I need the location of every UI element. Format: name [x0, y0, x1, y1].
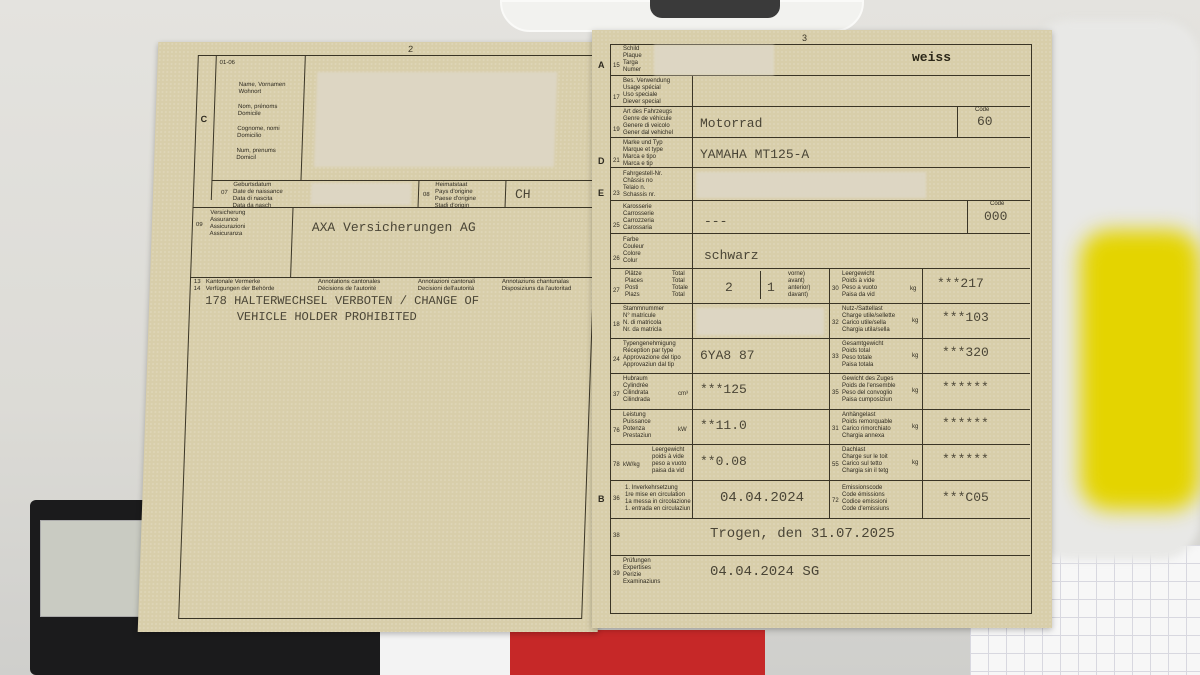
field-32-number: 32	[832, 320, 839, 326]
make-type-label: Marke und Typ Marque et type Marca e tip…	[623, 140, 663, 168]
make-type-value: YAMAHA MT125-A	[700, 147, 809, 162]
cantonal-notes-line-1: 178 HALTERWECHSEL VERBOTEN / CHANGE OF	[205, 294, 479, 308]
page-number: 2	[408, 44, 413, 54]
payload-unit: kg	[912, 318, 918, 324]
master-number-redacted	[696, 308, 824, 335]
chassis-label: Fahrgestell-Nr. Châssis no Telaio n. Sch…	[623, 171, 662, 199]
holder-name-label-fr: Nom, prénoms Domicile	[238, 104, 278, 118]
divider	[610, 518, 1030, 519]
divider	[922, 268, 923, 518]
background-device-slot	[650, 0, 780, 18]
section-d-marker: D	[598, 156, 605, 166]
chassis-redacted	[696, 172, 926, 198]
field-78-number: 78	[613, 462, 620, 468]
field-01-06-number: 01-06	[219, 60, 235, 67]
field-08-number: 08	[423, 192, 430, 198]
combination-weight-unit: kg	[912, 388, 918, 394]
holder-name-label-it: Cognome, nomi Domicilio	[237, 126, 280, 140]
field-15-number: 15	[613, 63, 620, 69]
color-label: Farbe Couleur Colore Colur	[623, 237, 644, 265]
section-e-marker: E	[598, 188, 604, 198]
cantonal-notes-label-it: Annotazioni cantonali Decisioni dell'aut…	[418, 279, 476, 293]
total-weight-unit: kg	[912, 353, 918, 359]
displacement-label: Hubraum Cylindrée Cilindrata Cilindrada	[623, 376, 650, 404]
body-code-label: Code	[990, 201, 1004, 207]
field-37-number: 37	[613, 392, 620, 398]
combination-weight-value: ******	[942, 380, 989, 395]
field-17-number: 17	[613, 95, 620, 101]
displacement-value: ***125	[700, 382, 747, 397]
divider	[610, 106, 1030, 107]
power-weight-label: Leergewicht poids à vide peso a vuoto pa…	[652, 447, 686, 475]
origin-label: Heimatstaat Pays d'origine Paese d'origi…	[434, 182, 476, 210]
divider	[829, 268, 830, 518]
field-07-number: 07	[221, 190, 228, 196]
field-21-number: 21	[613, 158, 620, 164]
divider	[610, 167, 1030, 168]
type-approval-value: 6YA8 87	[700, 348, 755, 363]
background-yellow-blur	[1080, 230, 1200, 510]
birthdate-redacted	[311, 183, 412, 205]
vehicle-type-code: 60	[977, 114, 993, 129]
cantonal-notes-label-rm: Annotaziuns chantunalas Disposiziuns da …	[502, 279, 572, 293]
field-35-number: 35	[832, 390, 839, 396]
divider	[610, 338, 1030, 339]
field-76-number: 76	[613, 428, 620, 434]
cantonal-notes-label-fr: Annotations cantonales Décisions de l'au…	[318, 279, 381, 293]
divider	[692, 75, 693, 480]
field-09-number: 09	[196, 222, 203, 228]
divider	[760, 271, 761, 299]
plate-color-value: weiss	[912, 50, 951, 65]
field-33-number: 33	[832, 354, 839, 360]
power-weight-value: **0.08	[700, 454, 747, 469]
background-red-object	[510, 630, 765, 675]
vehicle-type-code-label: Code	[975, 107, 989, 113]
first-registration-value: 04.04.2024	[720, 490, 804, 506]
insurance-value: AXA Versicherungen AG	[312, 220, 476, 235]
holder-name-label-rm: Num, prenums Domicil	[236, 148, 276, 162]
field-30-number: 30	[832, 286, 839, 292]
field-72-number: 72	[832, 498, 839, 504]
vehicle-type-label: Art des Fahrzeugs Genre de véhicule Gene…	[623, 109, 673, 137]
total-weight-value: ***320	[942, 345, 989, 360]
towing-capacity-label: Anhängelast Poids remorquable Carico rim…	[842, 412, 892, 440]
payload-label: Nutz-/Sattellast Charge utile/sellette C…	[842, 306, 895, 334]
plate-redacted	[654, 45, 774, 75]
field-24-number: 24	[613, 357, 620, 363]
section-c-marker: C	[200, 114, 207, 124]
registration-page-left: 2 C 01-06 Name, Vornamen Wohnort Nom, pr…	[138, 42, 619, 632]
field-19-number: 19	[613, 127, 620, 133]
field-39-number: 39	[613, 571, 620, 577]
seats-label: Plätze Places Posti Plazs	[625, 271, 643, 299]
master-number-label: Stammnummer N° matricule N. di matricola…	[623, 306, 664, 334]
divider	[957, 106, 958, 137]
divider	[967, 200, 968, 233]
cantonal-notes-label-de: Kantonale Vermerke Verfügungen der Behör…	[206, 279, 275, 293]
emission-code-value: ***C05	[942, 490, 989, 505]
body-label: Karosserie Carrosserie Carrozzeria Caros…	[623, 204, 654, 232]
inspection-value: 04.04.2024 SG	[710, 564, 819, 580]
section-a-marker: A	[598, 60, 605, 70]
vehicle-type-value: Motorrad	[700, 116, 762, 131]
seats-total-value: 2	[725, 280, 733, 295]
seats-front-value: 1	[767, 280, 775, 295]
divider	[610, 444, 1030, 445]
background-white-object	[380, 630, 515, 675]
divider	[692, 480, 693, 518]
field-38-number: 38	[613, 533, 620, 539]
divider	[610, 268, 1030, 269]
towing-capacity-unit: kg	[912, 424, 918, 430]
towing-capacity-value: ******	[942, 416, 989, 431]
empty-weight-value: ***217	[937, 276, 984, 291]
power-unit: kW	[678, 427, 687, 433]
divider	[610, 409, 1030, 410]
birthdate-label: Geburtsdatum Date de naissance Data di n…	[232, 182, 283, 210]
field-31-number: 31	[832, 426, 839, 432]
registration-page-right: 3 A 15 Schild Plaque Targa Numer weiss 1…	[592, 30, 1052, 628]
roof-load-unit: kg	[912, 460, 918, 466]
field-27-number: 27	[613, 288, 620, 294]
holder-name-label-de: Name, Vornamen Wohnort	[238, 82, 285, 96]
field-23-number: 23	[613, 191, 620, 197]
inspection-label: Prüfungen Expertises Perizie Examinaziun…	[623, 558, 660, 586]
first-registration-label: 1. Inverkehrsetzung 1re mise en circulat…	[625, 485, 691, 513]
roof-load-value: ******	[942, 452, 989, 467]
field-13-number: 13	[194, 279, 201, 285]
empty-weight-unit: kg	[910, 286, 916, 292]
type-approval-label: Typengenehmigung Réception par type Appr…	[623, 341, 681, 369]
plate-label: Schild Plaque Targa Numer	[623, 46, 642, 74]
field-14-number: 14	[194, 286, 201, 292]
divider	[610, 555, 1030, 556]
divider	[610, 373, 1030, 374]
divider	[190, 277, 592, 278]
issue-place-date: Trogen, den 31.07.2025	[710, 526, 895, 542]
field-25-number: 25	[613, 223, 620, 229]
body-code: 000	[984, 209, 1007, 224]
seats-total-label: Total Total Totale Total	[672, 271, 688, 299]
insurance-label: Versicherung Assurance Assicurazioni Ass…	[209, 210, 245, 238]
page-number: 3	[802, 33, 807, 43]
divider	[610, 75, 1030, 76]
total-weight-label: Gesamtgewicht Poids total Peso totale Pa…	[842, 341, 883, 369]
payload-value: ***103	[942, 310, 989, 325]
divider	[211, 180, 595, 181]
section-b-marker: B	[598, 494, 605, 504]
field-55-number: 55	[832, 462, 839, 468]
field-26-number: 26	[613, 256, 620, 262]
power-label: Leistung Puissance Potenza Prestaziun	[623, 412, 651, 440]
holder-name-redacted	[314, 72, 557, 167]
power-value: **11.0	[700, 418, 747, 433]
body-value: ---	[704, 214, 727, 229]
cantonal-notes-line-2: VEHICLE HOLDER PROHIBITED	[236, 310, 417, 324]
field-36-number: 36	[613, 496, 620, 502]
divider	[610, 233, 1030, 234]
divider	[610, 137, 1030, 138]
color-value: schwarz	[704, 248, 759, 263]
divider	[610, 480, 1030, 481]
power-weight-unit: kW/kg	[623, 462, 640, 468]
roof-load-label: Dachlast Charge sur le toit Carico sul t…	[842, 447, 888, 475]
seats-front-label: vorne) avant) anterior) davant)	[788, 271, 810, 299]
displacement-unit: cm³	[678, 391, 688, 397]
emission-code-label: Emissionscode Code émissions Codice emis…	[842, 485, 889, 513]
combination-weight-label: Gewicht des Zuges Poids de l'ensemble Pe…	[842, 376, 896, 404]
special-use-label: Bes. Verwendung Usage spécial Uso specia…	[623, 78, 670, 106]
field-18-number: 18	[613, 322, 620, 328]
divider	[610, 303, 1030, 304]
origin-value: CH	[515, 187, 531, 202]
empty-weight-label: Leergewicht Poids à vide Peso a vuoto Pa…	[842, 271, 877, 299]
